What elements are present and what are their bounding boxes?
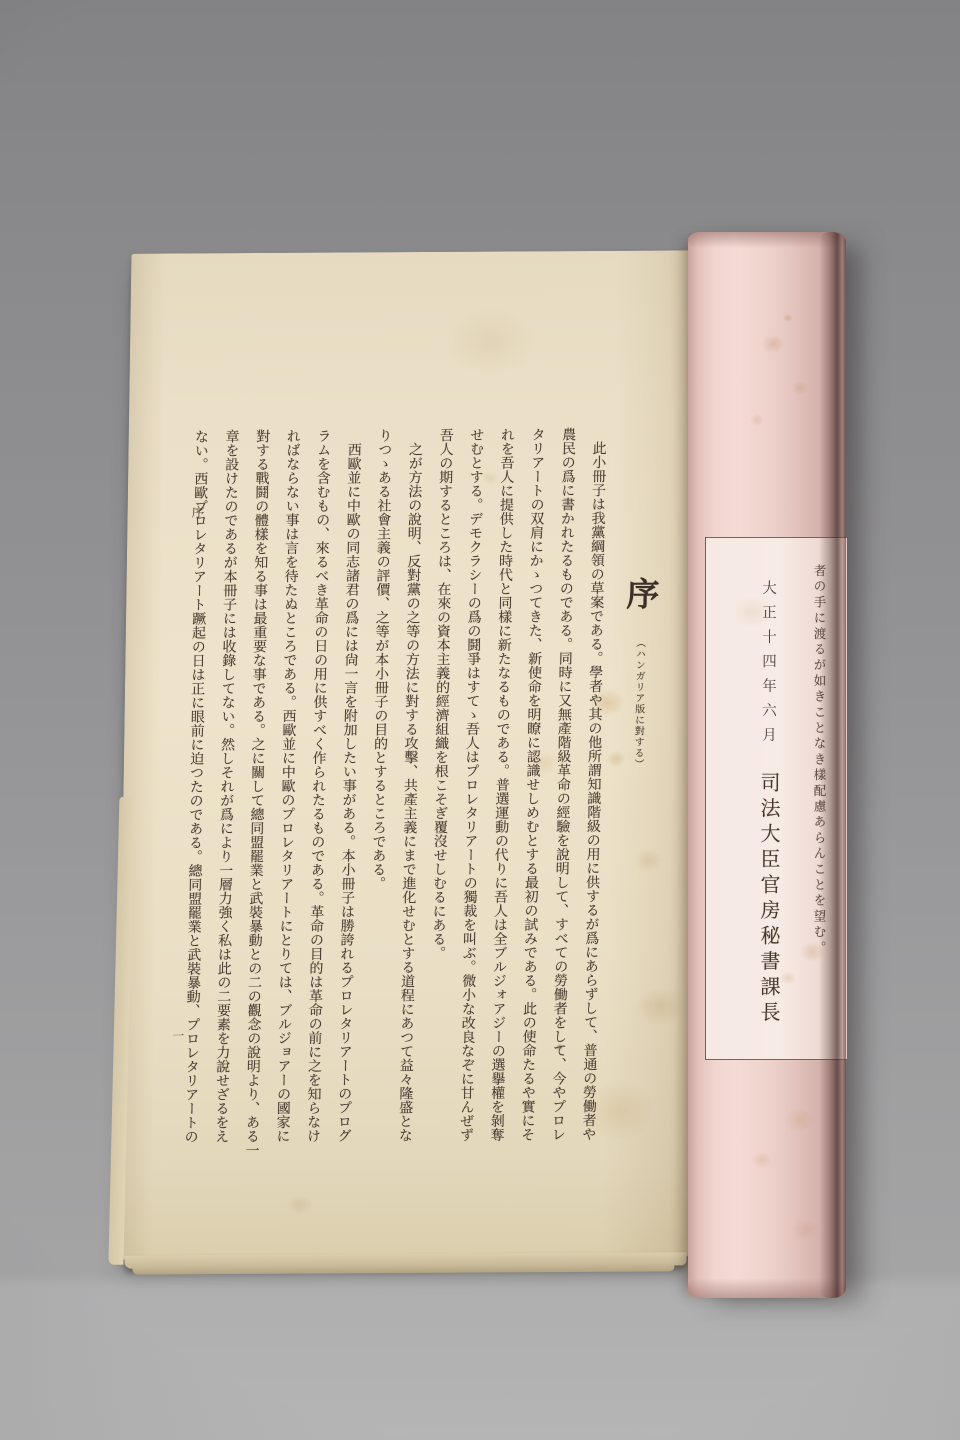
label-signature: 司法大臣官房秘書課長 <box>757 756 779 1027</box>
label-date: 大正十四年六月 <box>760 580 776 752</box>
page-stack-left-edge <box>108 797 134 1265</box>
pink-wrapper-roll: 者の手に渡るが如きことなき樣配慮あらんことを望む。 大正十四年六月 司法大臣官房… <box>688 232 846 1298</box>
page-subtitle: （ハンガリア版に對する） <box>632 614 645 770</box>
roll-curved-shadow-edge <box>819 232 846 1298</box>
page-title: 序 <box>621 577 657 610</box>
page-stack-edge-lower <box>132 1262 674 1274</box>
book-page: 序 一 序 （ハンガリア版に對する） 此小冊子は我黨綱領の草案である。學者や其の… <box>117 250 716 1260</box>
label-text: 者の手に渡るが如きことなき樣配慮あらんことを望む。 大正十四年六月 司法大臣官房… <box>751 538 829 1059</box>
label-signature-column: 大正十四年六月 司法大臣官房秘書課長 <box>751 538 785 1059</box>
page-text: 序 （ハンガリア版に對する） 此小冊子は我黨綱領の草案である。學者や其の他所謂知… <box>174 426 671 1167</box>
body-columns: 此小冊子は我黨綱領の草案である。學者や其の他所謂知識階級の用に供するが爲にあらず… <box>174 427 613 1168</box>
photo-scene: 序 一 序 （ハンガリア版に對する） 此小冊子は我黨綱領の草案である。學者や其の… <box>0 0 960 1440</box>
